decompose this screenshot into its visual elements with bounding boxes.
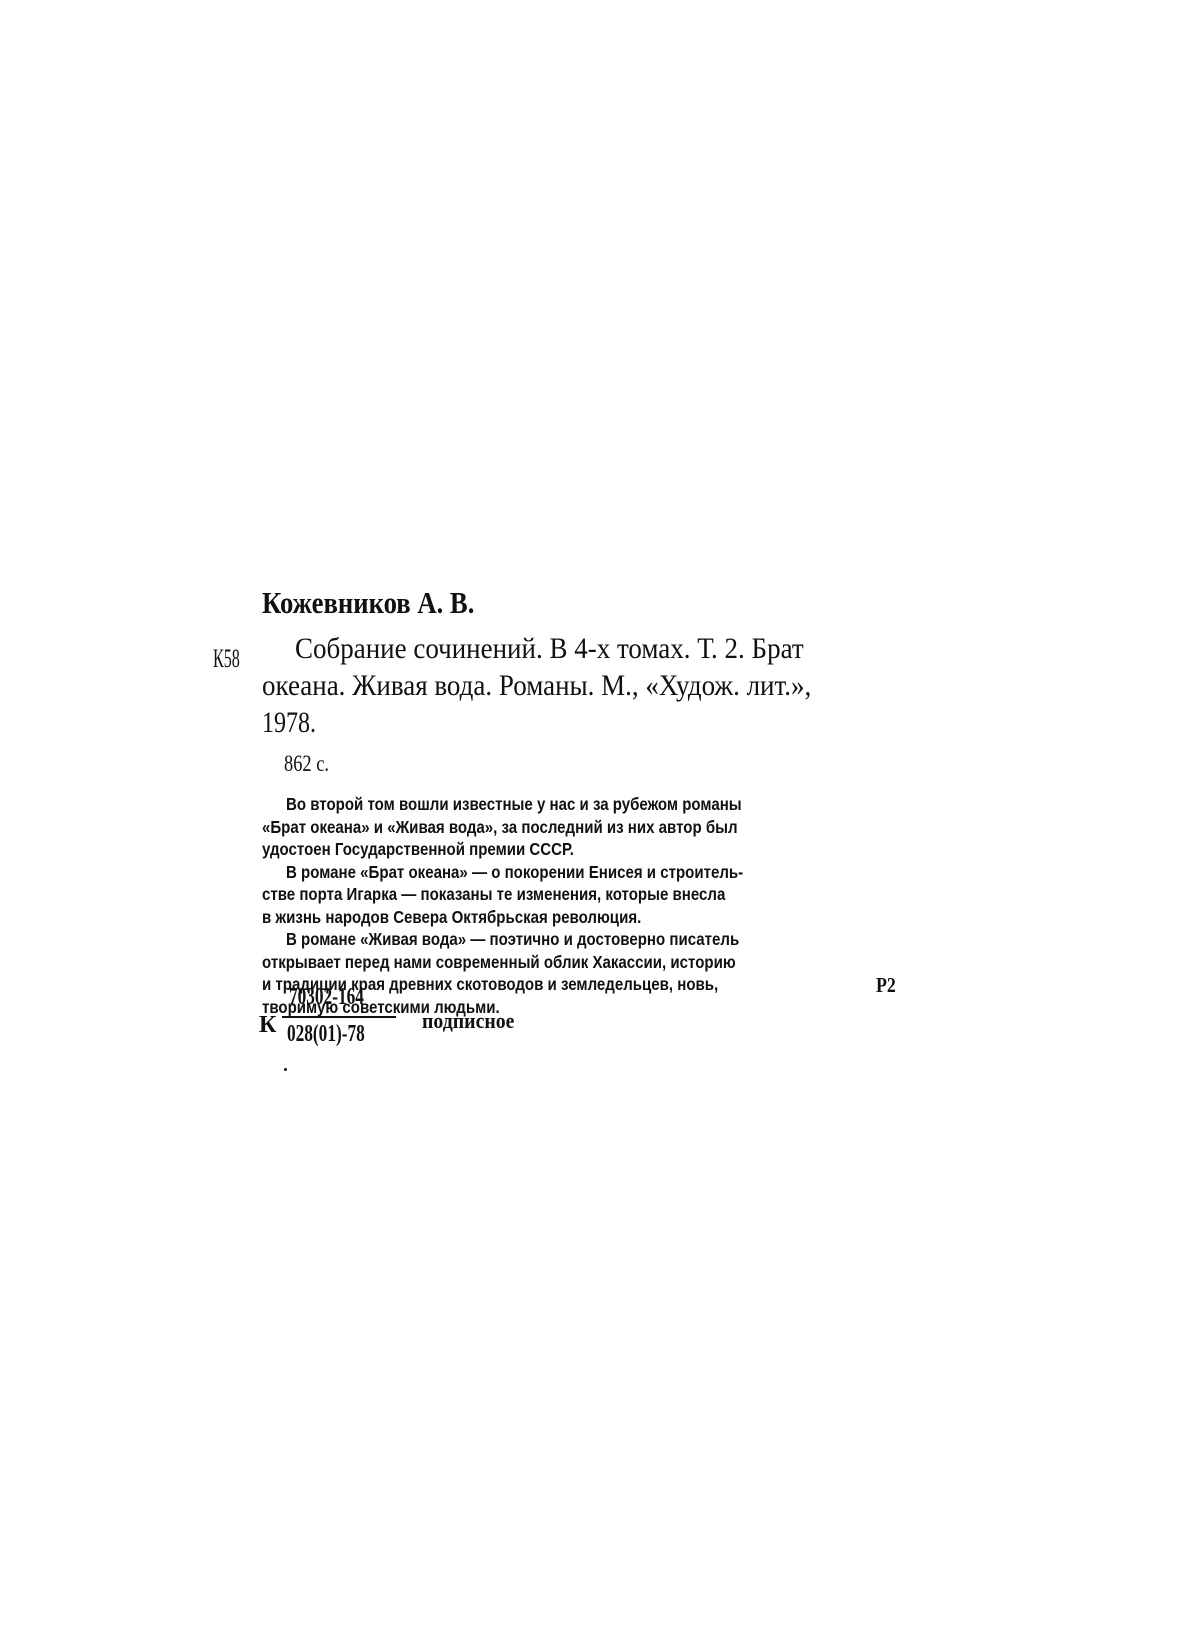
- print-dot: [284, 1068, 287, 1071]
- annotation-text: В романе «Живая вода» — поэтично и досто…: [286, 928, 739, 951]
- title-text: Собрание сочинений. В 4-х томах. Т. 2. Б…: [295, 632, 804, 666]
- fraction-divider: [282, 1016, 396, 1018]
- index-denominator: 028(01)-78: [287, 1021, 395, 1048]
- annotation-text: стве порта Игарка — показаны те изменени…: [262, 883, 725, 906]
- annotation-text: В романе «Брат океана» — о покорении Ени…: [286, 861, 743, 884]
- classification-text: Р2: [876, 973, 896, 998]
- title-text: океана. Живая вода. Романы. М., «Худож. …: [262, 669, 811, 703]
- annotation-text: Во второй том вошли известные у нас и за…: [286, 793, 742, 816]
- annotation-line: В романе «Брат океана» — о покорении Ени…: [262, 861, 902, 884]
- annotation-line: удостоен Государственной премии СССР.: [262, 838, 902, 861]
- annotation-text: удостоен Государственной премии СССР.: [262, 838, 574, 861]
- title-line-1: Собрание сочинений. В 4-х томах. Т. 2. Б…: [295, 632, 860, 666]
- author-name: Кожевников А. В.: [262, 585, 474, 621]
- annotation-line: В романе «Живая вода» — поэтично и досто…: [262, 928, 902, 951]
- call-number: К58: [213, 644, 256, 674]
- annotation-text: в жизнь народов Севера Октябрьская револ…: [262, 906, 641, 929]
- publication-year: 1978.: [262, 706, 316, 740]
- title-line-3: 1978.: [262, 706, 330, 740]
- index-letter: К: [259, 1012, 276, 1039]
- classification-code: Р2: [876, 973, 899, 998]
- annotation-line: «Брат океана» и «Живая вода», за последн…: [262, 816, 902, 839]
- index-denominator-text: 028(01)-78: [287, 1021, 365, 1048]
- index-numerator-text: 70302-164: [289, 984, 364, 1011]
- subscription-text: подписное: [422, 1008, 514, 1034]
- annotation-line: в жизнь народов Севера Октябрьская револ…: [262, 906, 902, 929]
- author-heading: Кожевников А. В.: [262, 585, 509, 621]
- annotation-line: Во второй том вошли известные у нас и за…: [262, 793, 902, 816]
- annotation-text: «Брат океана» и «Живая вода», за последн…: [262, 816, 738, 839]
- title-line-2: океана. Живая вода. Романы. М., «Худож. …: [262, 669, 872, 703]
- subscription-label: подписное: [422, 1008, 525, 1034]
- annotation-text: открывает перед нами современный облик Х…: [262, 951, 736, 974]
- page-count: 862 с.: [284, 751, 340, 777]
- annotation-line: открывает перед нами современный облик Х…: [262, 951, 902, 974]
- page-count-text: 862 с.: [284, 751, 329, 777]
- call-number-text: К58: [213, 644, 240, 674]
- annotation-line: стве порта Игарка — показаны те изменени…: [262, 883, 902, 906]
- index-numerator: 70302-164: [289, 984, 393, 1011]
